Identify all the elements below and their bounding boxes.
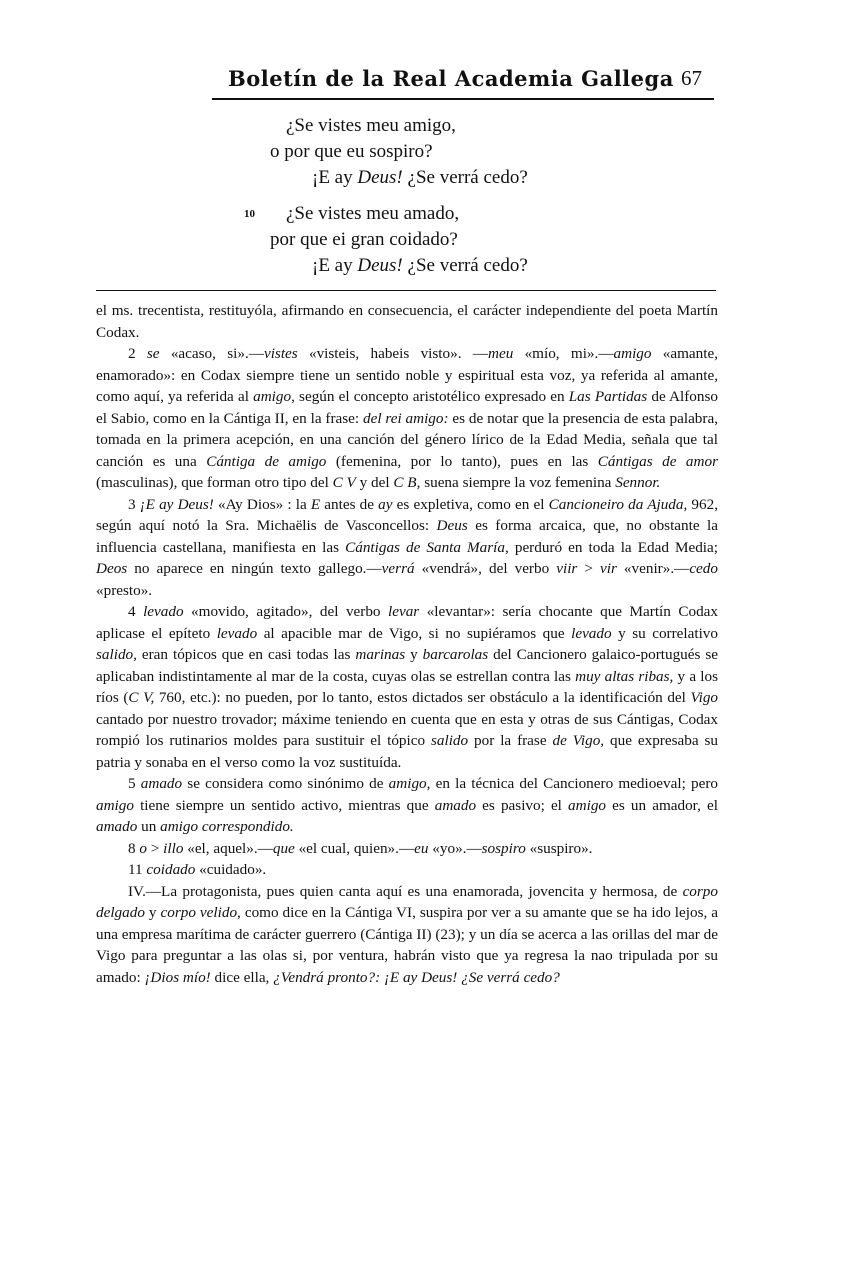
note-text: > (577, 560, 600, 577)
note-text: 5 (128, 775, 141, 792)
italic-term: salido, (96, 646, 137, 663)
italic-term: barcarolas (423, 646, 489, 663)
note-text: se considera como sinónimo de (182, 775, 389, 792)
italic-term: del rei amigo: (363, 410, 449, 427)
poem-line-text: ¿Se vistes meu amigo, (286, 115, 456, 136)
note-text: dice ella, (211, 969, 273, 986)
italic-term: amigo correspondido. (160, 818, 294, 835)
italic-term: sospiro (482, 840, 526, 857)
note-text: «Ay Dios» : la (214, 496, 311, 513)
italic-term: amigo (568, 797, 606, 814)
poem-line-text: ¡E ay (312, 255, 357, 276)
note-text: «visteis, habeis visto». — (298, 345, 488, 362)
note-text: «acaso, si».— (160, 345, 264, 362)
poem-line-text: o por que eu sospiro? (270, 141, 433, 162)
poem-italic-word: Deus! (357, 167, 402, 188)
italic-term: ¿Vendrá pronto?: ¡E ay Deus! ¿Se verrá c… (273, 969, 560, 986)
italic-term: Cántigas de Santa María, (345, 539, 509, 556)
italic-term: ¡E ay Deus! (140, 496, 214, 513)
italic-term: vistes (264, 345, 298, 362)
italic-term: levado (571, 625, 611, 642)
note-text: y su correlativo (612, 625, 718, 642)
italic-term: ¡Dios mío! (145, 969, 211, 986)
note-text: «yo».— (428, 840, 481, 857)
note-text: el ms. trecentista, restituyóla, afirman… (96, 302, 718, 341)
note-text: antes de (320, 496, 378, 513)
note-text: 3 (128, 496, 140, 513)
italic-term: ay (378, 496, 392, 513)
italic-term: amigo, (253, 388, 295, 405)
note-text: 4 (128, 603, 143, 620)
italic-term: levado (217, 625, 257, 642)
note-text: es pasivo; el (476, 797, 568, 814)
italic-term: de Vigo, (553, 732, 605, 749)
italic-term: amado (141, 775, 182, 792)
note-text: «vendrá», del verbo (415, 560, 557, 577)
italic-term: muy altas ribas, (575, 668, 673, 685)
note-text: eran tópicos que en casi todas las (137, 646, 355, 663)
poem-line: ¡E ay Deus! ¿Se verrá cedo? (230, 165, 630, 191)
italic-term: cedo (689, 560, 718, 577)
italic-term: amigo (96, 797, 134, 814)
italic-term: C V (333, 474, 356, 491)
note-text: y (405, 646, 423, 663)
italic-term: Cancioneiro da Ajuda, (549, 496, 688, 513)
italic-term: amigo, (389, 775, 431, 792)
note-paragraph: el ms. trecentista, restituyóla, afirman… (96, 300, 718, 343)
italic-term: meu (488, 345, 513, 362)
notes-body: el ms. trecentista, restituyóla, afirman… (96, 300, 718, 988)
line-number: 10 (244, 201, 255, 227)
poem-line-text: ¿Se vistes meu amado, (286, 203, 459, 224)
note-text: 8 (128, 840, 139, 857)
note-text: (masculinas), que forman otro tipo del (96, 474, 333, 491)
note-text: y (145, 904, 161, 921)
note-text: «venir».— (617, 560, 689, 577)
note-paragraph: IV.—La protagonista, pues quien canta aq… (96, 881, 718, 989)
note-text: por la frase (468, 732, 552, 749)
note-text: «cuidado». (195, 861, 266, 878)
poem-line: por que ei gran coidado? (230, 227, 630, 253)
note-text: > (147, 840, 163, 857)
italic-term: amado (435, 797, 476, 814)
note-text: «el, aquel».— (183, 840, 272, 857)
note-text: «mío, mi».— (513, 345, 613, 362)
italic-term: C V, (128, 689, 154, 706)
note-text: suena siempre la voz femenina (420, 474, 615, 491)
note-text: al apacible mar de Vigo, si no supiéramo… (257, 625, 571, 642)
italic-term: corpo velido, (161, 904, 241, 921)
page-header: Boletín de la Real Academia Gallega 67 (228, 66, 712, 98)
note-text: no aparece en ningún texto gallego.— (127, 560, 381, 577)
note-text: IV.—La protagonista, pues quien canta aq… (128, 883, 683, 900)
italic-term: amado (96, 818, 137, 835)
poem-line: 10¿Se vistes meu amado, (230, 201, 630, 227)
note-text: y del (356, 474, 394, 491)
italic-term: Vigo (690, 689, 718, 706)
italic-term: Cántigas de amor (598, 453, 718, 470)
italic-term: levado (143, 603, 183, 620)
note-text: «movido, agitado», del verbo (184, 603, 388, 620)
note-text: «presto». (96, 582, 152, 599)
italic-term: verrá (382, 560, 415, 577)
italic-term: vir (600, 560, 617, 577)
italic-term: levar (388, 603, 419, 620)
italic-term: C B, (393, 474, 420, 491)
stanza-gap (230, 191, 630, 201)
poem-line: o por que eu sospiro? (230, 139, 630, 165)
italic-term: coidado (146, 861, 195, 878)
note-text: 2 (128, 345, 147, 362)
poem-line: ¡E ay Deus! ¿Se verrá cedo? (230, 253, 630, 279)
note-text: según el concepto aristotélico expresado… (295, 388, 569, 405)
note-text: un (137, 818, 160, 835)
poem-line: ¿Se vistes meu amigo, (230, 113, 630, 139)
italic-term: Las Partidas (569, 388, 647, 405)
poem-block: ¿Se vistes meu amigo, o por que eu sospi… (230, 113, 630, 279)
italic-term: E (311, 496, 320, 513)
note-paragraph: 5 amado se considera como sinónimo de am… (96, 773, 718, 838)
poem-line-text: ¿Se verrá cedo? (403, 255, 528, 276)
note-paragraph: 8 o > illo «el, aquel».—que «el cual, qu… (96, 838, 718, 860)
notes-divider (96, 290, 716, 291)
running-title: Boletín de la Real Academia Gallega (228, 66, 674, 91)
note-text: 760, etc.): no pueden, por lo tanto, est… (154, 689, 690, 706)
poem-line-text: ¡E ay (312, 167, 357, 188)
italic-term: Deos (96, 560, 127, 577)
note-text: 11 (128, 861, 146, 878)
italic-term: eu (414, 840, 428, 857)
poem-line-text: por que ei gran coidado? (270, 229, 458, 250)
note-text: perduró en toda la Edad Media; (509, 539, 718, 556)
note-paragraph: 4 levado «movido, agitado», del verbo le… (96, 601, 718, 773)
document-page: Boletín de la Real Academia Gallega 67 ¿… (0, 0, 850, 1286)
italic-term: salido (431, 732, 468, 749)
poem-italic-word: Deus! (357, 255, 402, 276)
header-rule (212, 98, 714, 100)
note-paragraph: 11 coidado «cuidado». (96, 859, 718, 881)
italic-term: illo (163, 840, 183, 857)
italic-term: Sennor. (615, 474, 660, 491)
italic-term: que (273, 840, 295, 857)
note-text: tiene siempre un sentido activo, mientra… (134, 797, 435, 814)
note-text: es expletiva, como en el (393, 496, 549, 513)
page-number: 67 (681, 66, 702, 91)
note-text: en la técnica del Cancionero medioeval; … (430, 775, 718, 792)
italic-term: se (147, 345, 160, 362)
italic-term: o (139, 840, 147, 857)
note-text: (femenina, por lo tanto), pues en las (326, 453, 597, 470)
italic-term: amigo (614, 345, 652, 362)
italic-term: Cántiga de amigo (206, 453, 326, 470)
note-text: es un amador, el (606, 797, 718, 814)
poem-line-text: ¿Se verrá cedo? (403, 167, 528, 188)
italic-term: viir (556, 560, 577, 577)
note-text: «suspiro». (526, 840, 593, 857)
note-paragraph: 2 se «acaso, si».—vistes «visteis, habei… (96, 343, 718, 494)
italic-term: marinas (355, 646, 405, 663)
note-paragraph: 3 ¡E ay Deus! «Ay Dios» : la E antes de … (96, 494, 718, 602)
italic-term: Deus (437, 517, 468, 534)
note-text: «el cual, quien».— (295, 840, 414, 857)
